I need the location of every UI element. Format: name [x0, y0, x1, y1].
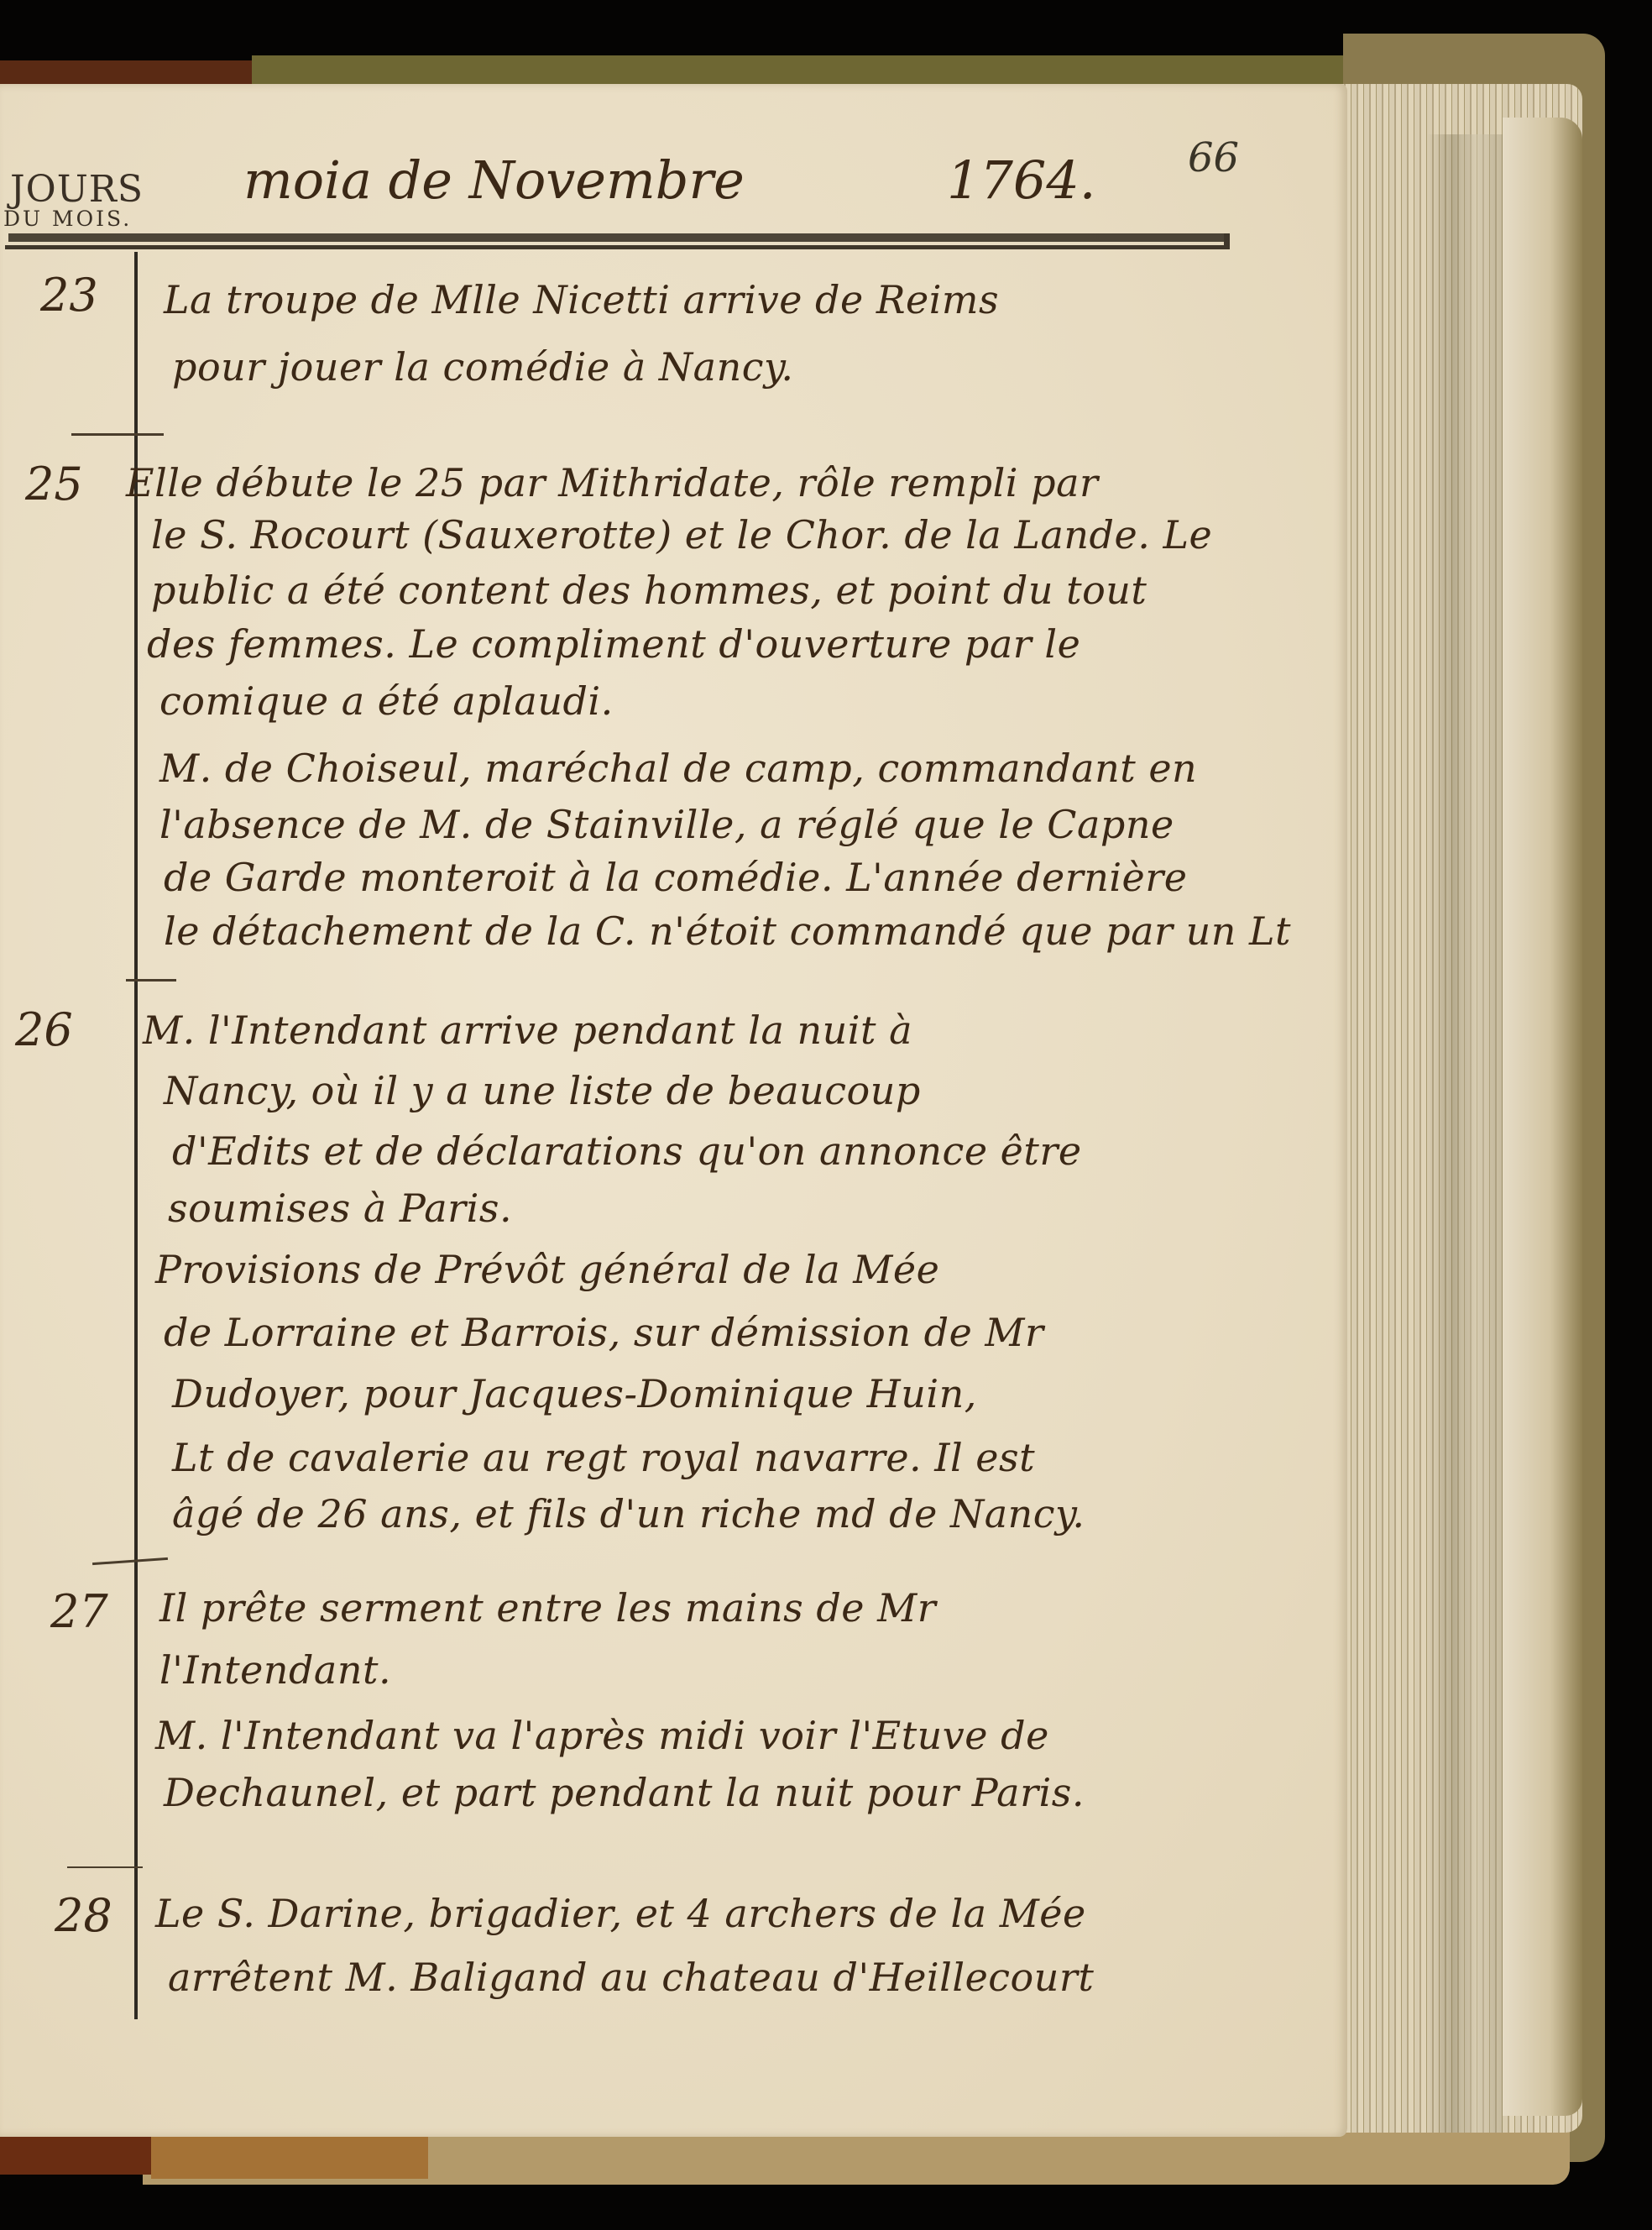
entry-line: le détachement de la C. n'étoit commandé…: [164, 908, 1291, 954]
entry-line: public a été content des hommes, et poin…: [151, 568, 1147, 613]
day-number: 27: [50, 1585, 108, 1638]
entry-line: pour jouer la comédie à Nancy.: [172, 344, 793, 390]
entry-line: l'absence de M. de Stainville, a réglé q…: [159, 802, 1174, 847]
entry-line: Elle débute le 25 par Mithridate, rôle r…: [126, 460, 1099, 505]
entry-line: Il prête serment entre les mains de Mr: [159, 1585, 936, 1631]
entry-line: La troupe de Mlle Nicetti arrive de Reim…: [164, 277, 999, 322]
entry-separator: [67, 1866, 143, 1868]
entry-line: comique a été aplaudi.: [159, 678, 614, 724]
fore-edge-curled-leaves: [1503, 118, 1582, 2116]
printed-header-du-mois: DU MOIS.: [3, 207, 132, 231]
header-year: 1764.: [947, 149, 1096, 211]
entry-line: Lt de cavalerie au regt royal navarre. I…: [172, 1435, 1035, 1480]
printed-header-jours: JOURS: [10, 168, 144, 211]
entry-line: Dudoyer, pour Jacques-Dominique Huin,: [172, 1371, 977, 1416]
day-number: 23: [40, 269, 98, 322]
header-month: moia de Novembre: [243, 149, 745, 211]
day-number: 25: [25, 458, 83, 510]
fore-edge-shadow: [1427, 134, 1503, 2133]
entry-line: de Lorraine et Barrois, sur démission de…: [164, 1310, 1044, 1355]
entry-line: soumises à Paris.: [168, 1186, 512, 1231]
entry-line: Le S. Darine, brigadier, et 4 archers de…: [155, 1891, 1086, 1936]
entry-line: M. l'Intendant va l'après midi voir l'Et…: [155, 1713, 1049, 1758]
header-rule-end-cap: [1224, 233, 1230, 249]
header-rule-thick: [8, 233, 1230, 242]
entry-line: le S. Rocourt (Sauxerotte) et le Chor. d…: [151, 512, 1212, 557]
entry-line: M. l'Intendant arrive pendant la nuit à: [143, 1008, 912, 1053]
book-endpaper-bottom: [151, 2133, 428, 2179]
day-column-rule: [134, 252, 138, 2019]
entry-line: âgé de 26 ans, et fils d'un riche md de …: [172, 1491, 1085, 1536]
entry-line: M. de Choiseul, maréchal de camp, comman…: [159, 746, 1197, 791]
entry-line: Provisions de Prévôt général de la Mée: [155, 1247, 939, 1292]
page-number: 66: [1188, 134, 1239, 181]
entry-line: Dechaunel, et part pendant la nuit pour …: [164, 1770, 1085, 1815]
day-number: 28: [55, 1889, 112, 1942]
entry-line: d'Edits et de déclarations qu'on annonce…: [172, 1128, 1082, 1174]
entry-separator: [71, 433, 164, 436]
entry-line: arrêtent M. Baligand au chateau d'Heille…: [168, 1955, 1094, 2000]
entry-line: des femmes. Le compliment d'ouverture pa…: [147, 621, 1080, 667]
entry-line: Nancy, où il y a une liste de beaucoup: [164, 1068, 921, 1113]
entry-separator: [126, 979, 176, 982]
day-number: 26: [15, 1003, 73, 1056]
entry-line: l'Intendant.: [159, 1647, 391, 1693]
header-rule-thin: [5, 245, 1230, 249]
entry-line: de Garde monteroit à la comédie. L'année…: [164, 855, 1188, 900]
